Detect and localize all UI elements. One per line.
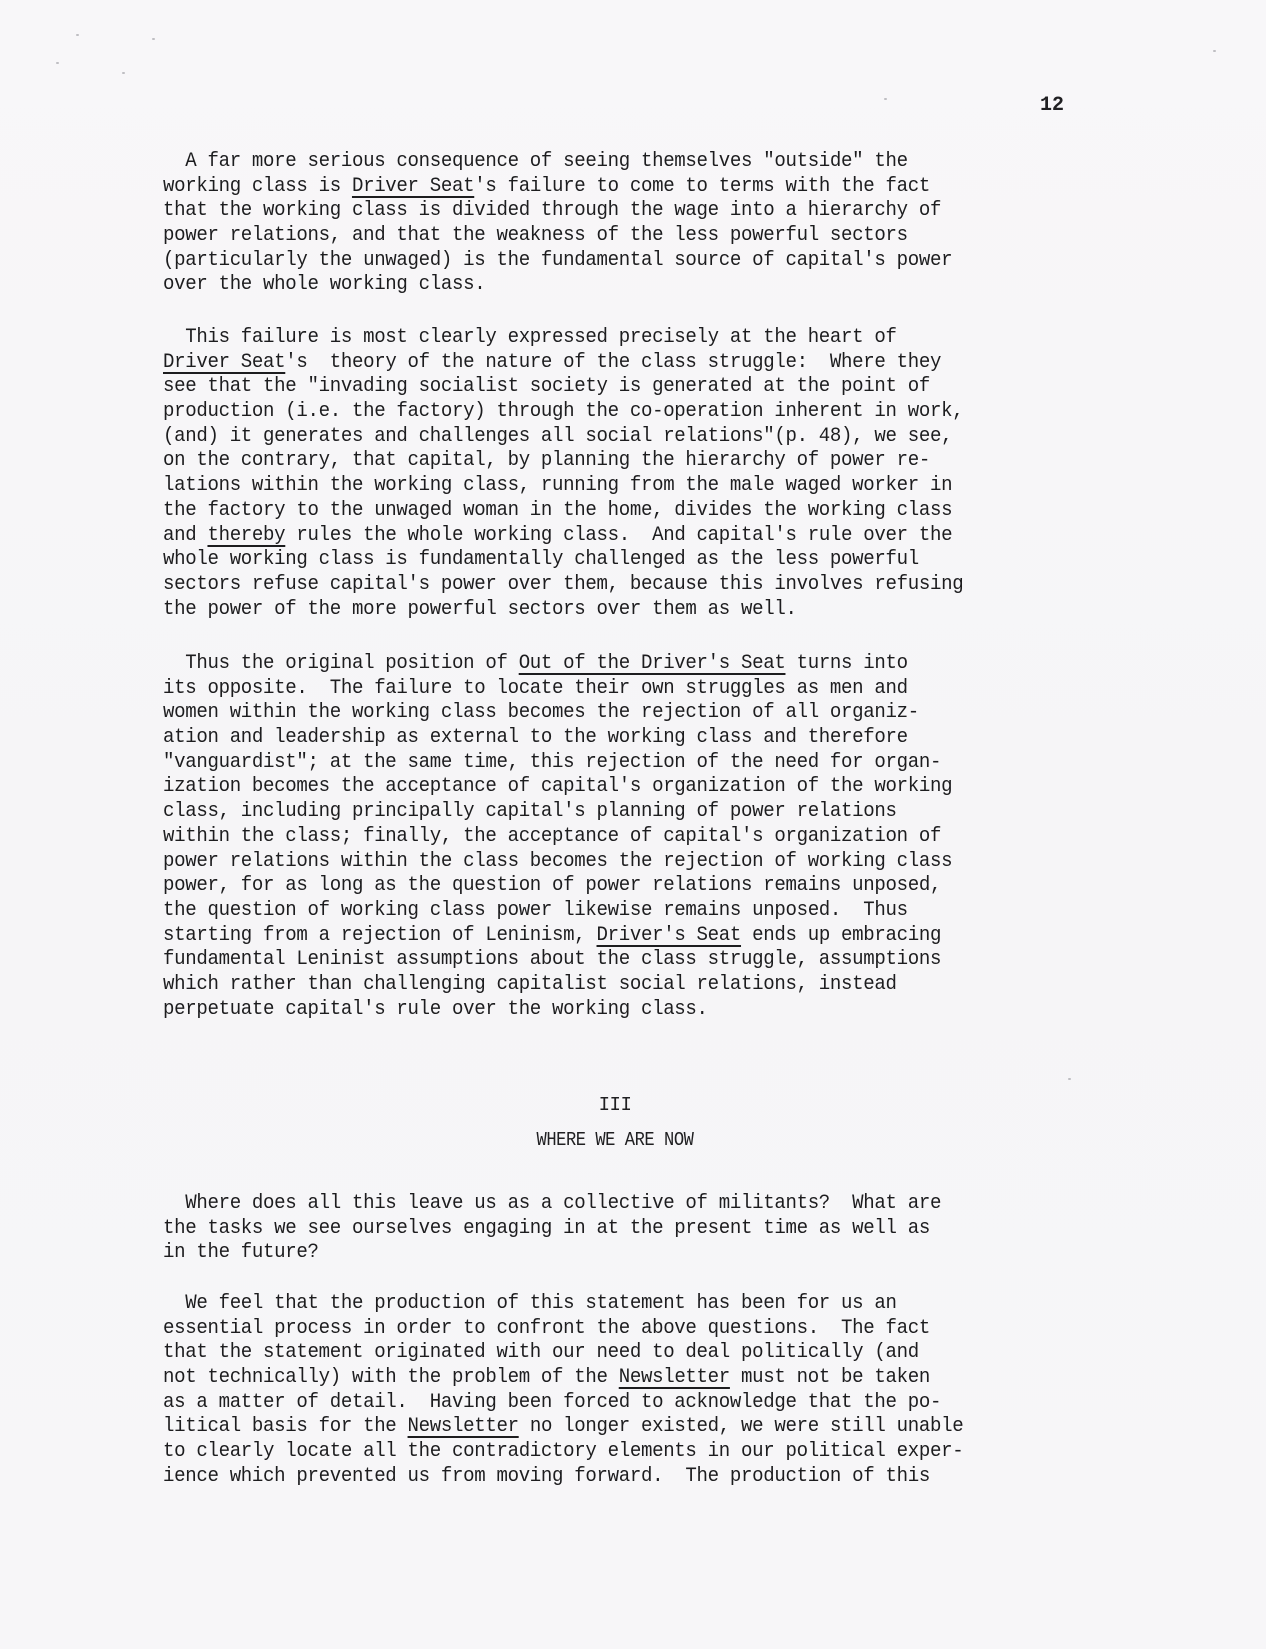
text-line: We feel that the production of this stat… [163, 1292, 1037, 1317]
text-line: the power of the more powerful sectors o… [163, 598, 1037, 623]
text-line: class, including principally capital's p… [163, 800, 1037, 825]
text-line: within the class; finally, the acceptanc… [163, 825, 1037, 850]
scan-speck [76, 34, 79, 36]
text-line: that the working class is divided throug… [163, 199, 1037, 224]
scan-speck [1068, 1078, 1071, 1080]
text-line: ation and leadership as external to the … [163, 726, 1037, 751]
paragraph-production-of-statement: We feel that the production of this stat… [163, 1292, 1037, 1490]
text-line: the question of working class power like… [163, 899, 1037, 924]
text-line: power relations within the class becomes… [163, 850, 1037, 875]
text-line: on the contrary, that capital, by planni… [163, 449, 1037, 474]
text-line: perpetuate capital's rule over the worki… [163, 998, 1037, 1023]
page-number: 12 [1040, 94, 1064, 117]
text-line: Driver Seat's theory of the nature of th… [163, 351, 1037, 376]
text-line: its opposite. The failure to locate thei… [163, 677, 1037, 702]
text-line: fundamental Leninist assumptions about t… [163, 948, 1037, 973]
text-line: production (i.e. the factory) through th… [163, 400, 1037, 425]
paragraph-where-does-this-leave-us: Where does all this leave us as a collec… [163, 1192, 1037, 1266]
text-line: essential process in order to confront t… [163, 1317, 1037, 1342]
underlined-title: Driver Seat [163, 351, 285, 374]
text-line: "vanguardist"; at the same time, this re… [163, 751, 1037, 776]
text-line: This failure is most clearly expressed p… [163, 326, 1037, 351]
underlined-title: Driver's Seat [597, 924, 742, 947]
text-line: power relations, and that the weakness o… [163, 224, 1037, 249]
scan-speck [884, 98, 887, 100]
underlined-title: Out of the Driver's Seat [519, 652, 786, 675]
text-line: Where does all this leave us as a collec… [163, 1192, 1037, 1217]
text-line: (and) it generates and challenges all so… [163, 425, 1037, 450]
text-line: ience which prevented us from moving for… [163, 1465, 1037, 1490]
text-line: working class is Driver Seat's failure t… [163, 175, 1037, 200]
section-title: WHERE WE ARE NOW [62, 1129, 1169, 1151]
section-number: III [0, 1094, 1230, 1116]
paragraph-original-position: Thus the original position of Out of the… [163, 652, 1037, 1022]
text-line: the tasks we see ourselves engaging in a… [163, 1217, 1037, 1242]
text-line: over the whole working class. [163, 273, 1037, 298]
text-line: women within the working class becomes t… [163, 701, 1037, 726]
text-line: which rather than challenging capitalist… [163, 973, 1037, 998]
text-line: (particularly the unwaged) is the fundam… [163, 249, 1037, 274]
text-line: as a matter of detail. Having been force… [163, 1391, 1037, 1416]
scan-speck [152, 38, 155, 40]
paragraph-consequence: A far more serious consequence of seeing… [163, 150, 1037, 298]
text-line: lations within the working class, runnin… [163, 474, 1037, 499]
text-line: not technically) with the problem of the… [163, 1366, 1037, 1391]
text-line: sectors refuse capital's power over them… [163, 573, 1037, 598]
underlined-title: Newsletter [619, 1366, 730, 1389]
text-line: and thereby rules the whole working clas… [163, 524, 1037, 549]
text-line: to clearly locate all the contradictory … [163, 1440, 1037, 1465]
text-line: ization becomes the acceptance of capita… [163, 775, 1037, 800]
text-line: litical basis for the Newsletter no long… [163, 1415, 1037, 1440]
text-line: power, for as long as the question of po… [163, 874, 1037, 899]
text-line: Thus the original position of Out of the… [163, 652, 1037, 677]
text-line: starting from a rejection of Leninism, D… [163, 924, 1037, 949]
document-page: 12 A far more serious consequence of see… [0, 0, 1266, 1649]
text-line: the factory to the unwaged woman in the … [163, 499, 1037, 524]
underlined-title: Driver Seat [352, 175, 474, 198]
text-line: in the future? [163, 1241, 1037, 1266]
scan-speck [122, 72, 125, 74]
text-line: see that the "invading socialist society… [163, 375, 1037, 400]
text-line: A far more serious consequence of seeing… [163, 150, 1037, 175]
underlined-title: thereby [207, 524, 285, 547]
text-line: whole working class is fundamentally cha… [163, 548, 1037, 573]
underlined-title: Newsletter [408, 1415, 519, 1438]
scan-speck [56, 62, 59, 64]
scan-speck [1213, 50, 1216, 52]
paragraph-failure-expressed: This failure is most clearly expressed p… [163, 326, 1037, 622]
text-line: that the statement originated with our n… [163, 1341, 1037, 1366]
